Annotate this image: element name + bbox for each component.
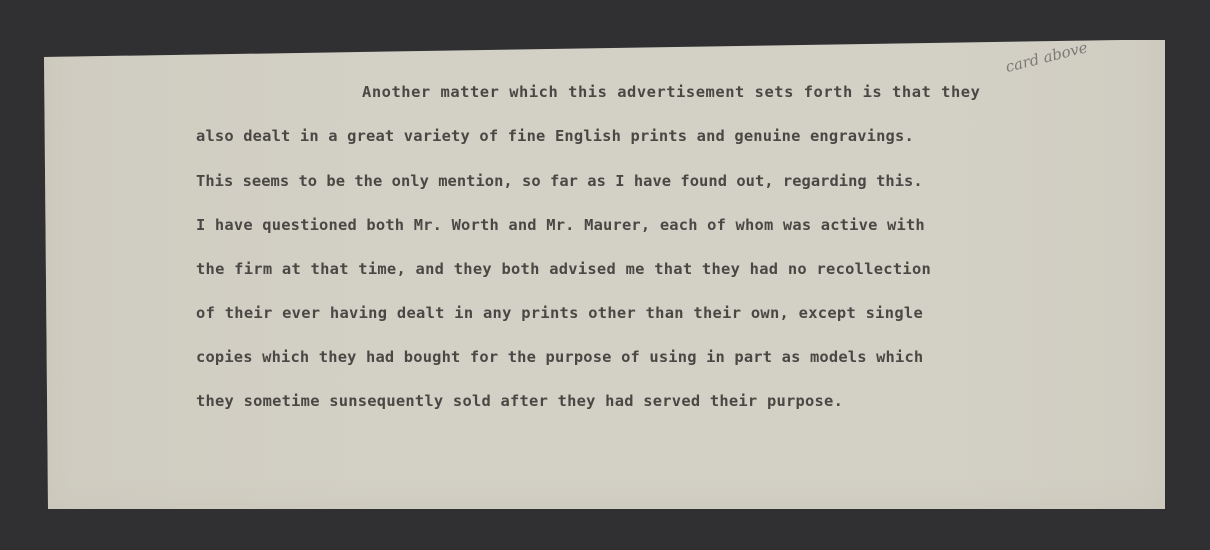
typed-line-4: I have questioned both Mr. Worth and Mr.… — [196, 216, 925, 234]
typed-line-7: copies which they had bought for the pur… — [196, 348, 923, 366]
typed-line-5: the firm at that time, and they both adv… — [196, 260, 931, 278]
typed-line-3: This seems to be the only mention, so fa… — [196, 172, 923, 190]
typed-document-page — [44, 0, 1165, 509]
typed-line-1: Another matter which this advertisement … — [362, 83, 980, 101]
typed-line-6: of their ever having dealt in any prints… — [196, 304, 923, 322]
paper-texture — [44, 0, 1165, 509]
typed-line-2: also dealt in a great variety of fine En… — [196, 127, 914, 145]
typed-line-8: they sometime sunsequently sold after th… — [196, 392, 843, 410]
